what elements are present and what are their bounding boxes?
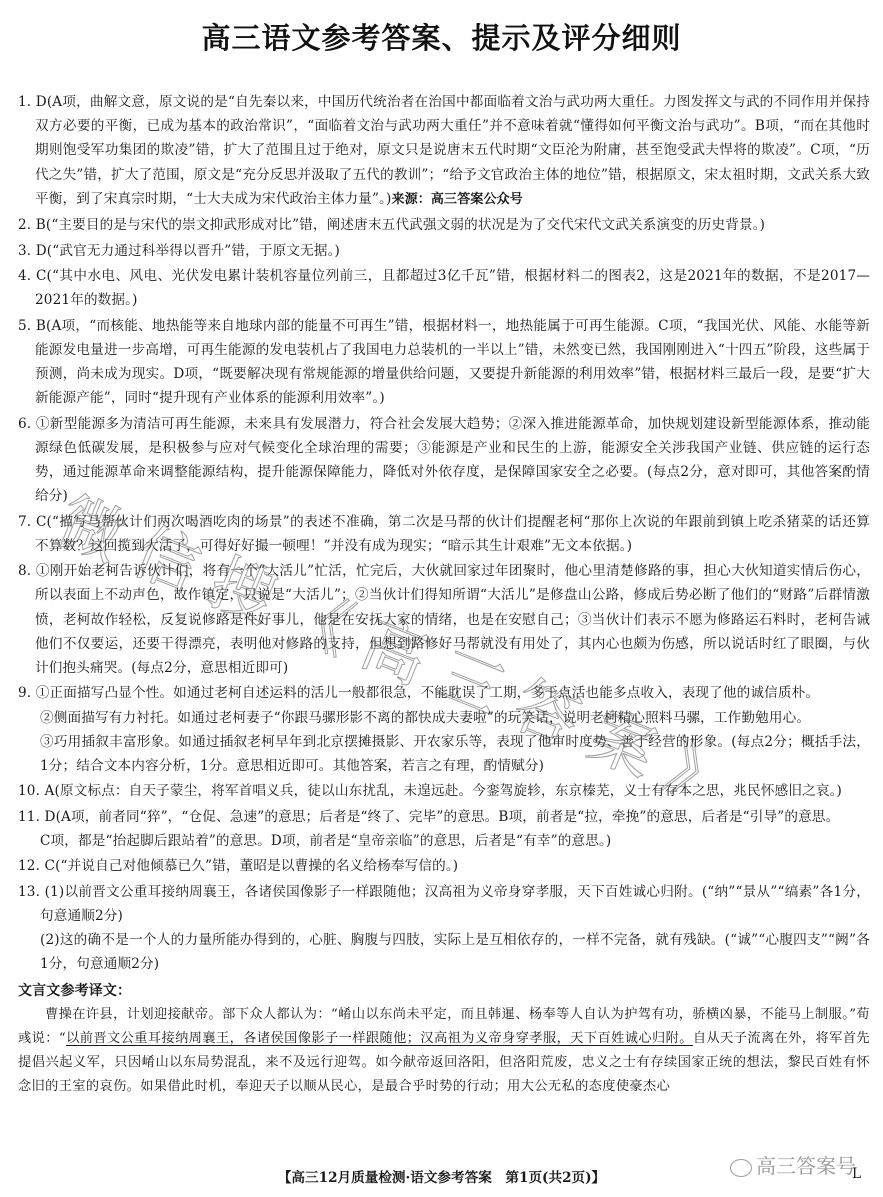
answer-key-page: 高三语文参考答案、提示及评分细则 1. D(A项，曲解文意，原文说的是“自先秦以… <box>0 0 883 1197</box>
answer-item-7: 7. C(“描写马帮伙计们两次喝酒吃肉的场景”的表述不准确，第二次是马帮的伙计们… <box>18 510 870 558</box>
source-note: 来源：高三答案公众号 <box>391 192 523 207</box>
answer-text: 2. B(“主要目的是与宋代的崇文抑武形成对比”错，阐述唐末五代武强文弱的状况是… <box>18 217 765 233</box>
document-title: 高三语文参考答案、提示及评分细则 <box>0 16 883 57</box>
answer-item-10: 10. A(原文标点：自天子蒙尘，将军首唱义兵，徒以山东扰乱，未遑远赴。今銮驾旋… <box>18 779 870 803</box>
translation-paragraph: 曹操在许县，计划迎接献帝。部下众人都认为：“崤山以东尚未平定，而且韩暹、杨奉等人… <box>18 1003 870 1100</box>
answer-item-6: 6. ①新型能源多为清洁可再生能源，未来具有发展潜力，符合社会发展大趋势；②深入… <box>18 412 870 509</box>
answer-item-5: 5. B(A项，“而核能、地热能等来自地球内部的能量不可再生”错，根据材料一，地… <box>18 314 870 411</box>
answer-item-3: 3. D(“武官无力通过科举得以晋升”错，于原文无据。) <box>18 239 870 263</box>
answer-text: 9. ①正面描写凸显个性。如通过老柯自述运料的活儿一般都很急，不能耽误了工期，多… <box>18 681 870 705</box>
answer-item-1: 1. D(A项，曲解文意，原文说的是“自先秦以来，中国历代统治者在治国中都面临着… <box>18 90 870 212</box>
page-footer: 【高三12月质量检测·语文参考答案 第1页(共2页)】 L <box>0 1166 883 1186</box>
answer-item-9: 9. ①正面描写凸显个性。如通过老柯自述运料的活儿一般都很急，不能耽误了工期，多… <box>18 681 870 778</box>
answer-subpoint: ②侧面描写有力衬托。如通过老柯妻子“你跟马骡形影不离的都快成夫妻啦”的玩笑话，说… <box>18 706 870 730</box>
translation-heading: 文言文参考译文： <box>18 979 870 1003</box>
answer-list: 1. D(A项，曲解文意，原文说的是“自先秦以来，中国历代统治者在治国中都面临着… <box>18 90 870 1100</box>
answer-item-11: 11. D(A项，前者同“猝”，“仓促、急速”的意思；后者是“终了、完毕”的意思… <box>18 805 870 853</box>
answer-text: 7. C(“描写马帮伙计们两次喝酒吃肉的场景”的表述不准确，第二次是马帮的伙计们… <box>18 514 870 554</box>
answer-subpoint: C项，都是“抬起脚后跟站着”的意思。D项，前者是“皇帝亲临”的意思，后者是“有幸… <box>18 829 870 853</box>
footer-text: 【高三12月质量检测·语文参考答案 第1页(共2页)】 <box>278 1170 605 1186</box>
answer-text: 8. ①刚开始老柯告诉伙计们，将有一个“大活儿”忙活，忙完后，大伙就回家过年团聚… <box>18 563 870 676</box>
answer-text: 1. D(A项，曲解文意，原文说的是“自先秦以来，中国历代统治者在治国中都面临着… <box>18 94 870 207</box>
answer-text: 3. D(“武官无力通过科举得以晋升”错，于原文无据。) <box>18 243 340 259</box>
answer-item-4: 4. C(“其中水电、风电、光伏发电累计装机容量位列前三，且都超过3亿千瓦”错，… <box>18 264 870 312</box>
answer-text: 5. B(A项，“而核能、地热能等来自地球内部的能量不可再生”错，根据材料一，地… <box>18 318 870 407</box>
answer-item-12: 12. C(“并说自己对他倾慕已久”错，董昭是以曹操的名义给杨奉写信的。) <box>18 854 870 878</box>
answer-text: 10. A(原文标点：自天子蒙尘，将军首唱义兵，徒以山东扰乱，未遑远赴。今銮驾旋… <box>18 783 842 799</box>
answer-item-8: 8. ①刚开始老柯告诉伙计们，将有一个“大活儿”忙活，忙完后，大伙就回家过年团聚… <box>18 559 870 680</box>
answer-text: 12. C(“并说自己对他倾慕已久”错，董昭是以曹操的名义给杨奉写信的。) <box>18 858 458 874</box>
answer-text: 6. ①新型能源多为清洁可再生能源，未来具有发展潜力，符合社会发展大趋势；②深入… <box>18 416 870 505</box>
footer-corner-mark: L <box>852 1166 861 1182</box>
answer-text: 11. D(A项，前者同“猝”，“仓促、急速”的意思；后者是“终了、完毕”的意思… <box>18 805 870 829</box>
answer-item-2: 2. B(“主要目的是与宋代的崇文抑武形成对比”错，阐述唐末五代武强文弱的状况是… <box>18 213 870 237</box>
answer-subpoint: (2)这的确不是一个人的力量所能办得到的，心脏、胸腹与四肢，实际上是互相依存的，… <box>18 928 870 976</box>
translation-underlined-text: 以前晋文公重耳接纳周襄王，各诸侯国像影子一样跟随他；汉高祖为义帝身穿孝服，天下百… <box>66 1031 693 1046</box>
answer-item-13: 13. (1)以前晋文公重耳接纳周襄王，各诸侯国像影子一样跟随他；汉高祖为义帝身… <box>18 880 870 977</box>
answer-subpoint: ③巧用插叙丰富形象。如通过插叙老柯早年到北京摆摊摄影、开农家乐等，表现了他审时度… <box>18 730 870 778</box>
answer-text: 13. (1)以前晋文公重耳接纳周襄王，各诸侯国像影子一样跟随他；汉高祖为义帝身… <box>18 880 870 928</box>
answer-text: 4. C(“其中水电、风电、光伏发电累计装机容量位列前三，且都超过3亿千瓦”错，… <box>18 268 870 308</box>
